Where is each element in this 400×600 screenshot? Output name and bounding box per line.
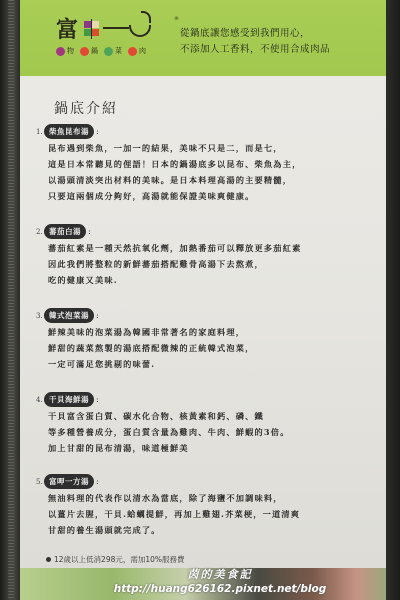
soup-name-pill: 富呷一方湯 bbox=[44, 474, 94, 489]
description-line: 一定可滿足您挑剔的味蕾. bbox=[48, 356, 378, 372]
tag-label: 鍋 bbox=[91, 46, 98, 56]
description-line: 鮮甜的蔬菜熬製的湯底搭配微辣的正統韓式泡菜， bbox=[48, 340, 378, 356]
watermark-url: http://huang626162.pixnet.net/blog bbox=[80, 582, 360, 596]
colon: : bbox=[96, 311, 99, 320]
soup-description: 鮮辣美味的泡菜湯為韓國非常著名的家庭料理， 鮮甜的蔬菜熬製的湯底搭配微辣的正統韓… bbox=[48, 324, 378, 372]
soup-name-pill: 韓式泡菜湯 bbox=[44, 308, 94, 323]
soup-description: 昆布遇到柴魚，一加一的結果，美味不只是二，而是七， 這是日本常聽見的俚語！日本的… bbox=[48, 140, 378, 204]
tag-badge-icon bbox=[56, 47, 65, 56]
watermark: 茵的美食記 http://huang626162.pixnet.net/blog bbox=[80, 568, 360, 596]
soup-name-pill: 蕃茄白湯 bbox=[44, 224, 86, 239]
logo-color-squares-icon bbox=[84, 21, 99, 36]
tag-badge-icon bbox=[80, 47, 89, 56]
tag-label: 物 bbox=[67, 46, 74, 56]
pricing-note-text: 12歲以上低消298元，需加10%服務費 bbox=[54, 554, 185, 565]
section-number: 1. bbox=[36, 128, 44, 136]
colon: : bbox=[96, 127, 99, 136]
description-line: 無油料理的代表作以清水為當底，除了海鹽不加調味料， bbox=[48, 490, 378, 506]
logo-tag: 物 bbox=[56, 46, 74, 56]
description-line: 加上甘甜的昆布清湯，味道極鮮美 bbox=[48, 440, 378, 456]
logo-dash-icon bbox=[103, 27, 129, 29]
table-edge bbox=[386, 0, 400, 600]
section-number: 2. bbox=[36, 228, 44, 236]
description-line: 只要這兩個成分夠好，高湯就能保證美味爽健康。 bbox=[48, 188, 378, 204]
soup-name-pill: 柴魚昆布湯 bbox=[44, 124, 94, 139]
section-number: 4. bbox=[36, 396, 44, 404]
tag-label: 菜 bbox=[115, 46, 122, 56]
slogan-line: 不添加人工香料，不使用合成肉品 bbox=[180, 42, 380, 58]
tag-badge-icon bbox=[104, 47, 113, 56]
section-number: 3. bbox=[36, 312, 44, 320]
colon: : bbox=[96, 395, 99, 404]
logo-tag: 菜 bbox=[104, 46, 122, 56]
description-line: 吃的健康又美味. bbox=[48, 272, 378, 288]
pricing-note: 12歲以上低消298元，需加10%服務費 bbox=[46, 554, 185, 565]
soup-description: 無油料理的代表作以清水為當底，除了海鹽不加調味料， 以薑片去腥，干貝.蛤蠣提鮮，… bbox=[48, 490, 378, 538]
soup-description: 蕃茄紅素是一種天然抗氧化劑，加熱番茄可以釋放更多茄紅素 因此我們將整粒的新鮮蕃茄… bbox=[48, 240, 378, 288]
description-line: 鮮辣美味的泡菜湯為韓國非常著名的家庭料理， bbox=[48, 324, 378, 340]
description-line: 蕃茄紅素是一種天然抗氧化劑，加熱番茄可以釋放更多茄紅素 bbox=[48, 240, 378, 256]
description-line: 等多種營養成分，蛋白質含量為雞肉、牛肉、鮮蝦的3倍。 bbox=[48, 424, 378, 440]
menu-binder-spine bbox=[0, 0, 20, 600]
soup-name-pill: 干貝海鮮湯 bbox=[44, 392, 94, 407]
description-line: 干貝富含蛋白質、碳水化合物、核黃素和鈣、磷、鐵 bbox=[48, 408, 378, 424]
slogan: 從鍋底讓您感受到我們用心， 不添加人工香料，不使用合成肉品 bbox=[180, 26, 380, 58]
soup-description: 干貝富含蛋白質、碳水化合物、核黃素和鈣、磷、鐵 等多種營養成分，蛋白質含量為雞肉… bbox=[48, 408, 378, 456]
menu-page: 富 ® 物 鍋 菜 肉 從鍋底讓您感受到我們用心， 不添加人工香料，不使用合成肉… bbox=[20, 0, 386, 600]
watermark-name: 茵的美食記 bbox=[80, 568, 360, 582]
colon: : bbox=[88, 227, 91, 236]
binder-rings bbox=[8, 0, 14, 600]
logo-tag: 肉 bbox=[128, 46, 146, 56]
description-line: 這是日本常聽見的俚語！日本的鍋湯底多以昆布、柴魚為主， bbox=[48, 156, 378, 172]
bowl-icon bbox=[129, 25, 151, 37]
slogan-line: 從鍋底讓您感受到我們用心， bbox=[180, 26, 380, 42]
description-line: 因此我們將整粒的新鮮蕃茄搭配雞骨高湯下去熬煮， bbox=[48, 256, 378, 272]
section-number: 5. bbox=[36, 478, 44, 486]
registered-mark: ® bbox=[174, 16, 179, 22]
logo-char: 富 bbox=[56, 13, 78, 44]
page-title: 鍋底介紹 bbox=[54, 98, 118, 118]
description-line: 以薑片去腥，干貝.蛤蠣提鮮，再加上雞翅.芥菜梗，一道清爽 bbox=[48, 506, 378, 522]
bullet-icon bbox=[46, 557, 51, 562]
logo-tags: 物 鍋 菜 肉 bbox=[56, 46, 146, 56]
description-line: 以湯頭清淡突出材料的美味。是日本料理高湯的主要精髓， bbox=[48, 172, 378, 188]
logo-tag: 鍋 bbox=[80, 46, 98, 56]
description-line: 甘甜的養生湯頭就完成了。 bbox=[48, 522, 378, 538]
description-line: 昆布遇到柴魚，一加一的結果，美味不只是二，而是七， bbox=[48, 140, 378, 156]
tag-badge-icon bbox=[128, 47, 137, 56]
tag-label: 肉 bbox=[139, 46, 146, 56]
brand-logo: 富 ® 物 鍋 菜 肉 bbox=[56, 14, 186, 62]
header-band: 富 ® 物 鍋 菜 肉 從鍋底讓您感受到我們用心， 不添加人工香料，不使用合成肉… bbox=[20, 0, 386, 76]
colon: : bbox=[96, 477, 99, 486]
